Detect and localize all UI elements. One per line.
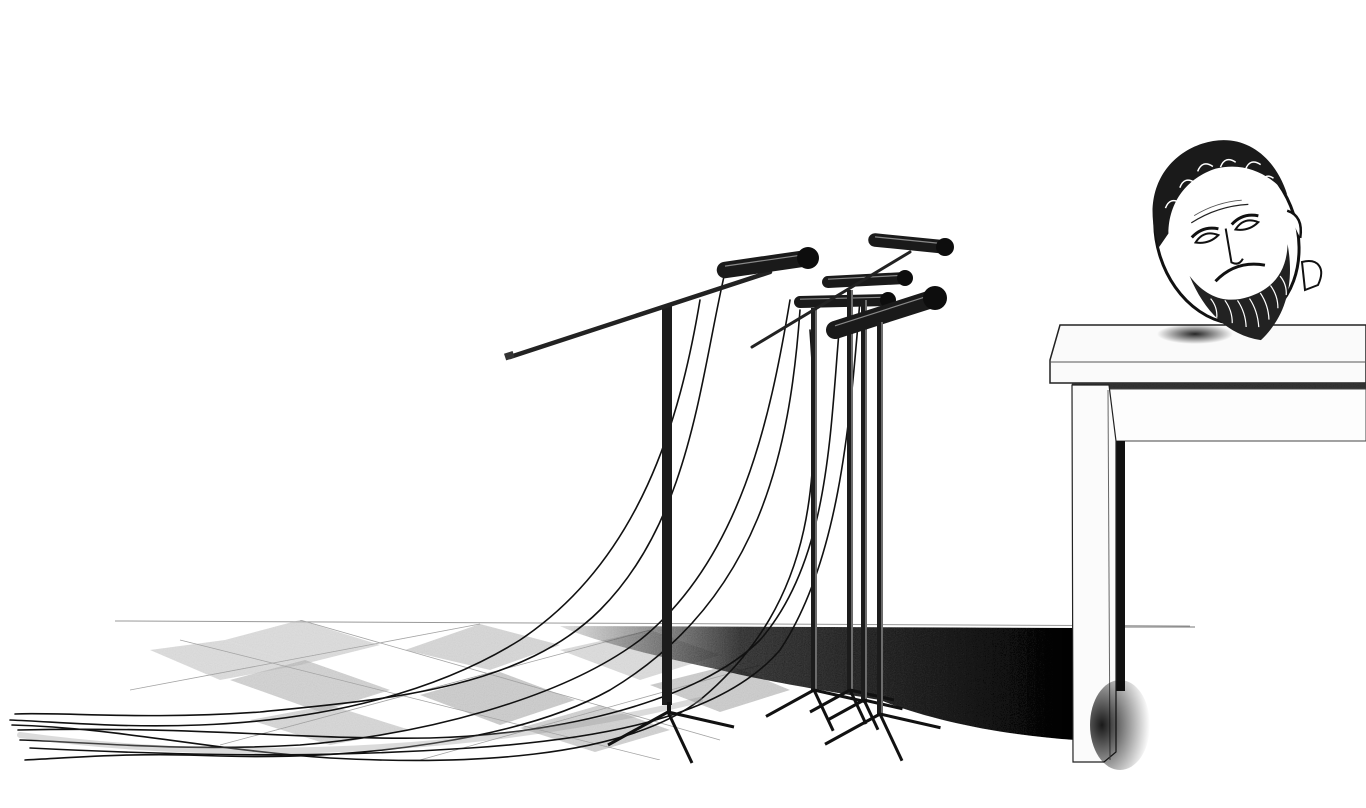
floor-tile (405, 624, 560, 670)
table (1050, 325, 1366, 770)
illustration-canvas (0, 0, 1366, 808)
checkered-floor (115, 620, 1190, 760)
floor-tile (420, 672, 575, 725)
